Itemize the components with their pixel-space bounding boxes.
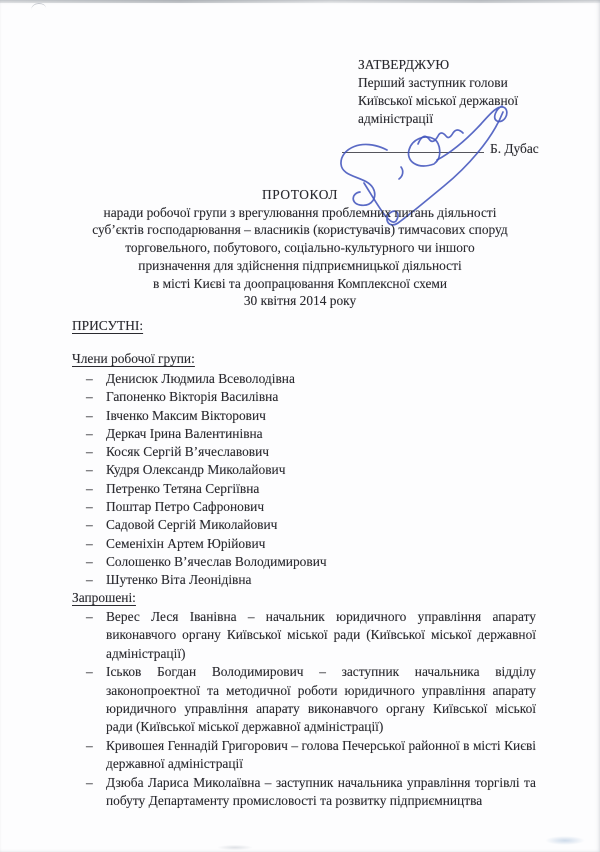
dash-bullet: – [86,407,93,425]
member-list-item: – Денисюк Людмила Всеволодівна [86,370,600,388]
present-heading: ПРИСУТНІ: [72,318,143,334]
member-name: Гапоненко Вікторія Василівна [106,389,278,404]
member-list-item: – Петренко Тетяна Сергіївна [86,480,600,498]
member-name: Шутенко Віта Леонідівна [106,572,251,587]
approval-block: ЗАТВЕРДЖУЮ Перший заступник головиКиївсь… [358,56,548,128]
title-heading: ПРОТОКОЛ [0,186,600,204]
invited-list-item: – Кривошея Геннадій Григорович – голова … [86,737,536,774]
title-line: наради робочої групи з врегулювання проб… [0,204,600,222]
member-list-item: – Кудря Олександр Миколайович [86,461,600,479]
member-list-item: – Гапоненко Вікторія Василівна [86,388,600,406]
dash-bullet: – [86,370,93,388]
scan-artifact [545,836,585,845]
approval-lines: Перший заступник головиКиївської міської… [358,74,548,128]
title-line: торговельного, побутового, соціально-кул… [0,239,600,257]
approval-line: адміністрації [358,110,548,128]
member-name: Солошенко В’ячеслав Володимирович [106,554,327,569]
title-line: в місті Києві та доопрацювання Комплексн… [0,275,600,293]
member-list-item: – Солошенко В’ячеслав Володимирович [86,553,600,571]
member-name: Деркач Ірина Валентинівна [106,426,263,441]
member-list-item: – Поштар Петро Сафронович [86,498,600,516]
member-name: Івченко Максим Вікторович [106,408,266,423]
member-list-item: – Шутенко Віта Леонідівна [86,571,600,589]
dash-bullet: – [86,571,93,589]
document-title: ПРОТОКОЛ наради робочої групи з врегулюв… [0,186,600,310]
dash-bullet: – [86,663,93,681]
member-list-item: – Косяк Сергій В’ячеславович [86,443,600,461]
invited-list-item: – Дзюба Лариса Миколаївна – заступник на… [86,774,536,811]
dash-bullet: – [86,443,93,461]
invited-entry-text: Кривошея Геннадій Григорович – голова Пе… [106,738,536,771]
invited-entry-text: Верес Леся Іванівна – начальник юридично… [106,609,536,661]
title-line: призначення для здійснення підприємницьк… [0,257,600,275]
scan-artifact [31,2,47,11]
member-name: Косяк Сергій В’ячеславович [106,444,269,459]
member-list-item: – Садовой Сергій Миколайович [86,516,600,534]
approval-label: ЗАТВЕРДЖУЮ [358,56,548,74]
signature-row: Б. Дубас [342,139,539,157]
signature-ruled-line [342,139,484,153]
member-list-item: – Деркач Ірина Валентинівна [86,425,600,443]
dash-bullet: – [86,516,93,534]
approval-line: Київської міської державної [358,92,548,110]
member-name: Поштар Петро Сафронович [106,499,264,514]
dash-bullet: – [86,553,93,571]
member-list-item: – Семеніхін Артем Юрійович [86,535,600,553]
dash-bullet: – [86,498,93,516]
invited-entry-text: Дзюба Лариса Миколаївна – заступник нача… [106,775,536,808]
signer-name: Б. Дубас [490,141,539,156]
dash-bullet: – [86,461,93,479]
title-line: 30 квітня 2014 року [0,292,600,310]
invited-entry-text: Іськов Богдан Володимирович – заступник … [106,664,536,734]
scanned-protocol-page: ЗАТВЕРДЖУЮ Перший заступник головиКиївсь… [0,0,600,852]
title-lines: наради робочої групи з врегулювання проб… [0,204,600,310]
member-name: Семеніхін Артем Юрійович [106,536,265,551]
title-line: суб’єктів господарювання – власників (ко… [0,221,600,239]
members-list: – Денисюк Людмила Всеволодівна – Гапонен… [0,370,600,590]
members-heading: Члени робочої групи: [72,351,195,367]
member-name: Петренко Тетяна Сергіївна [106,481,259,496]
invited-list-item: – Верес Леся Іванівна – начальник юридич… [86,608,536,663]
dash-bullet: – [86,774,93,792]
dash-bullet: – [86,737,93,755]
member-name: Кудря Олександр Миколайович [106,462,285,477]
invited-list-item: – Іськов Богдан Володимирович – заступни… [86,663,536,737]
scan-artifact [218,845,252,850]
member-name: Садовой Сергій Миколайович [106,517,277,532]
dash-bullet: – [86,388,93,406]
invited-heading: Запрошені: [72,590,136,606]
invited-list: – Верес Леся Іванівна – начальник юридич… [0,608,600,810]
dash-bullet: – [86,480,93,498]
dash-bullet: – [86,535,93,553]
dash-bullet: – [86,608,93,626]
member-list-item: – Івченко Максим Вікторович [86,407,600,425]
member-name: Денисюк Людмила Всеволодівна [106,371,295,386]
approval-line: Перший заступник голови [358,74,548,92]
dash-bullet: – [86,425,93,443]
scan-edge-artifact [0,0,600,3]
